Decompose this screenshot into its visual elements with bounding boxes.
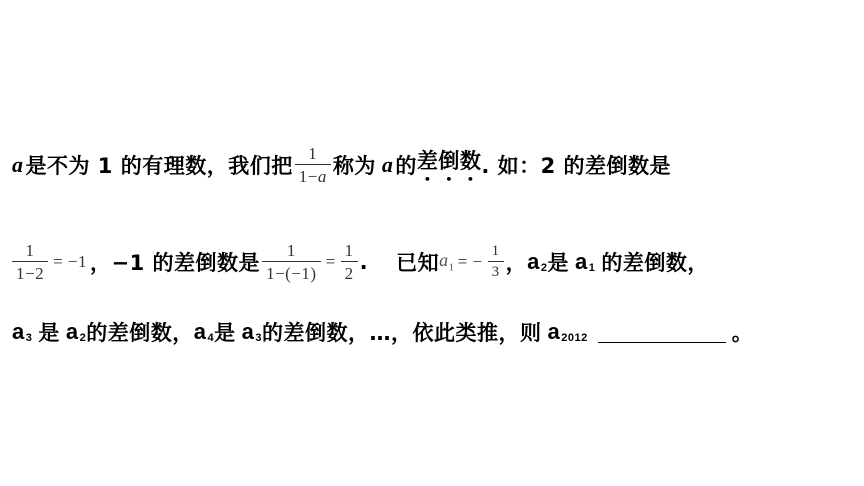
fraction-numerator: 1 [283, 242, 300, 261]
a1-value-fraction: 1 3 [488, 244, 504, 280]
fraction-numerator: 1 [341, 242, 358, 261]
reciprocal-text: 的差倒数， [86, 317, 194, 347]
sequence-a3-b: a3 [242, 319, 262, 345]
fraction-numerator: 1 [304, 145, 321, 164]
example-intro-text: . 如：2 的差倒数是 [481, 150, 671, 180]
a1-subscript: 1 [449, 262, 455, 274]
given-text: 已知 [396, 247, 439, 277]
denominator-prefix: 1− [299, 167, 318, 186]
sequence-a2: a2 [66, 319, 86, 345]
fraction-numerator: 1 [488, 244, 504, 261]
fraction-denominator: 3 [488, 261, 504, 280]
is-text: 是 [547, 247, 569, 277]
sequence-a2: a2 [527, 249, 547, 275]
is-text: 是 [38, 317, 60, 347]
sequence-a4: a4 [194, 319, 214, 345]
seq-subscript: 3 [26, 332, 33, 344]
example2-intro-text: ，−1 的差倒数是 [90, 247, 260, 277]
fraction-denominator: 1−(−1) [262, 261, 321, 282]
seq-base: a [548, 319, 561, 344]
definition-text: 是不为 1 的有理数，我们把 [26, 150, 293, 180]
fraction-denominator: 1−a [295, 164, 331, 185]
seq-subscript: 2012 [561, 332, 587, 344]
called-text: 称为 [333, 150, 376, 180]
example2-result-fraction: 1 2 [341, 242, 358, 282]
seq-subscript: 3 [255, 332, 262, 344]
seq-subscript: 4 [208, 332, 215, 344]
fraction-denominator: 1−2 [12, 261, 48, 282]
seq-subscript: 2 [541, 262, 548, 274]
problem-line-2: 1 1−2 = −1 ，−1 的差倒数是 1 1−(−1) = 1 2 . 已知… [10, 232, 709, 292]
sequence-a1: a1 [575, 249, 595, 275]
example2-fraction: 1 1−(−1) [262, 242, 321, 282]
sequence-a2012: a2012 [548, 319, 588, 345]
example1-fraction: 1 1−2 [12, 242, 48, 282]
example1-result: = −1 [53, 252, 87, 272]
a1-base: a [439, 250, 449, 270]
fraction-one-over-one-minus-a: 1 1−a [295, 145, 331, 185]
is-text-2: 是 [214, 317, 236, 347]
comma: ， [506, 247, 528, 277]
sequence-a3: a3 [12, 319, 32, 345]
seq-base: a [194, 319, 207, 344]
fraction-numerator: 1 [22, 242, 39, 261]
equals-sign: = [326, 252, 336, 272]
seq-base: a [66, 319, 79, 344]
fraction-denominator: 2 [341, 261, 358, 282]
seq-base: a [527, 249, 540, 274]
seq-subscript: 1 [589, 262, 596, 274]
end-period: 。 [732, 317, 754, 347]
reciprocal-text: 的差倒数， [601, 247, 709, 277]
seq-base: a [575, 249, 588, 274]
answer-blank[interactable] [598, 322, 726, 343]
problem-line-3: a3 是 a2 的差倒数， a4 是 a3 的差倒数，…，依此类推，则 a201… [12, 314, 753, 350]
problem-line-1: a 是不为 1 的有理数，我们把 1 1−a 称为 a 的 差倒数 . 如：2 … [12, 140, 671, 190]
denominator-variable: a [318, 167, 327, 186]
of-text: 的 [395, 150, 417, 180]
variable-a: a [12, 152, 24, 178]
seq-subscript: 2 [80, 332, 87, 344]
seq-base: a [242, 319, 255, 344]
a1-variable: a1 [439, 250, 455, 274]
term-difference-reciprocal: 差倒数 [417, 145, 482, 186]
seq-base: a [12, 319, 25, 344]
a1-equals: = − [458, 252, 483, 272]
variable-a-2: a [382, 152, 394, 178]
period: . [360, 250, 368, 274]
continuation-text: 的差倒数，…，依此类推，则 [262, 317, 542, 347]
